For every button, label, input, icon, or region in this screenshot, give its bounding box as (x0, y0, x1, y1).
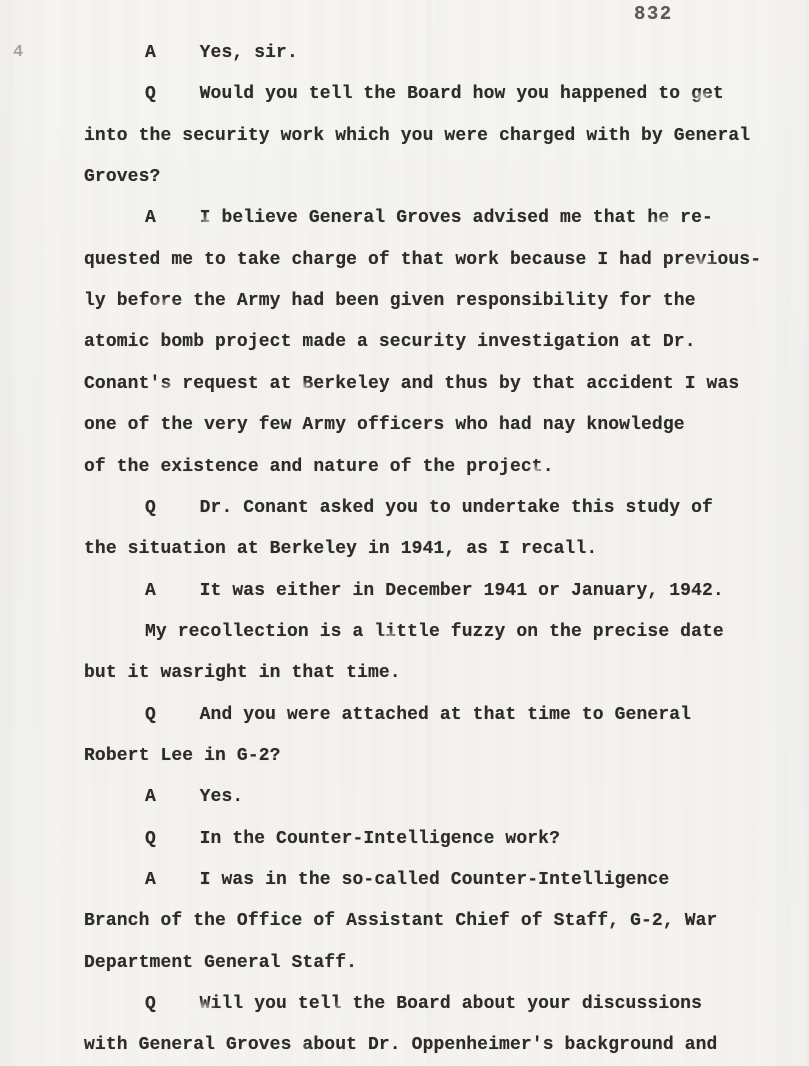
transcript-line: atomic bomb project made a security inve… (84, 331, 696, 353)
transcript-line: My recollection is a little fuzzy on the… (145, 621, 724, 643)
transcript-line: Department General Staff. (84, 952, 357, 974)
transcript-line: of the existence and nature of the proje… (84, 456, 554, 478)
transcript-line: A Yes. (145, 786, 243, 808)
transcript-line: Q And you were attached at that time to … (145, 704, 691, 726)
transcript-line: A Yes, sir. (145, 42, 298, 64)
transcript-line: Branch of the Office of Assistant Chief … (84, 910, 717, 932)
margin-number: 4 (13, 43, 23, 62)
transcript-line: Conant's request at Berkeley and thus by… (84, 373, 739, 395)
transcript-line: into the security work which you were ch… (84, 125, 750, 147)
transcript-line: Q Would you tell the Board how you happe… (145, 83, 724, 105)
transcript-line: but it wasright in that time. (84, 662, 401, 684)
transcript-line: with General Groves about Dr. Oppenheime… (84, 1034, 717, 1056)
transcript-line: A I believe General Groves advised me th… (145, 207, 713, 229)
transcript-line: A It was either in December 1941 or Janu… (145, 580, 724, 602)
transcript-line: the situation at Berkeley in 1941, as I … (84, 538, 597, 560)
transcript-line: quested me to take charge of that work b… (84, 249, 761, 271)
page-number: 832 (634, 3, 673, 25)
ink-fade-overlay (0, 0, 809, 1066)
transcript-line: Groves? (84, 166, 160, 188)
transcript-line: Q Dr. Conant asked you to undertake this… (145, 497, 713, 519)
transcript-line: Robert Lee in G-2? (84, 745, 281, 767)
paper-texture (0, 0, 809, 1066)
transcript-line: Q In the Counter-Intelligence work? (145, 828, 560, 850)
transcript-line: Q Will you tell the Board about your dis… (145, 993, 702, 1015)
transcript-line: one of the very few Army officers who ha… (84, 414, 685, 436)
transcript-line: ly before the Army had been given respon… (84, 290, 696, 312)
document-page: 832 4 A Yes, sir.Q Would you tell the Bo… (0, 0, 809, 1066)
transcript-line: A I was in the so-called Counter-Intelli… (145, 869, 669, 891)
